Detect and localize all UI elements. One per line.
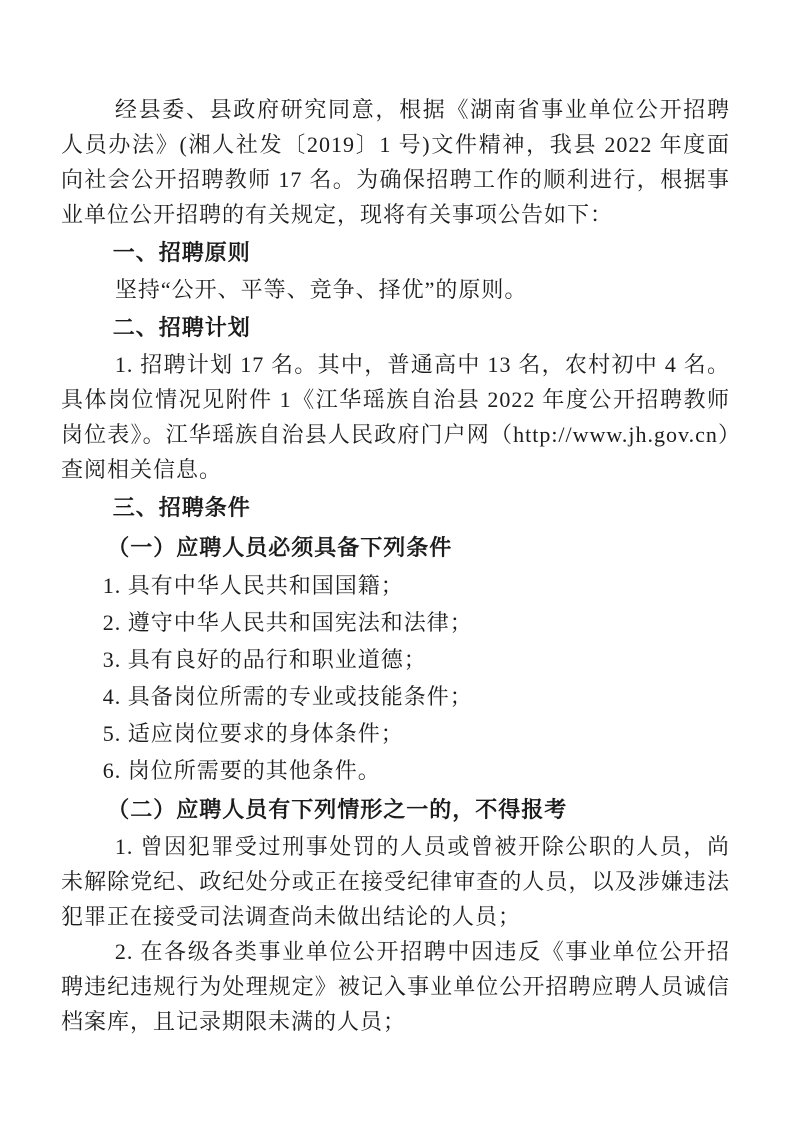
paragraph-intro: 经县委、县政府研究同意，根据《湖南省事业单位公开招聘人员办法》(湘人社发〔201… [61,92,730,232]
paragraph-plan: 1. 招聘计划 17 名。其中，普通高中 13 名，农村初中 4 名。具体岗位情… [61,347,730,487]
section-heading-3-conditions: 三、招聘条件 [61,487,730,527]
condition-item-4: 4. 具备岗位所需的专业或技能条件； [61,678,730,715]
document-page: 经县委、县政府研究同意，根据《湖南省事业单位公开招聘人员办法》(湘人社发〔201… [0,0,793,1122]
paragraph-principle: 坚持“公开、平等、竞争、择优”的原则。 [61,272,730,307]
section-heading-2-plan: 二、招聘计划 [61,307,730,347]
section-heading-1-principle: 一、招聘原则 [61,232,730,272]
condition-item-6: 6. 岗位所需要的其他条件。 [61,752,730,789]
condition-item-3: 3. 具有良好的品行和职业道德； [61,641,730,678]
disqualification-item-2: 2. 在各级各类事业单位公开招聘中因违反《事业单位公开招聘违纪违规行为处理规定》… [61,934,730,1039]
disqualification-item-1: 1. 曾因犯罪受过刑事处罚的人员或曾被开除公职的人员，尚未解除党纪、政纪处分或正… [61,829,730,934]
condition-item-2: 2. 遵守中华人民共和国宪法和法律； [61,604,730,641]
condition-item-5: 5. 适应岗位要求的身体条件； [61,715,730,752]
condition-item-1: 1. 具有中华人民共和国国籍； [61,567,730,604]
subsection-heading-required-conditions: （一）应聘人员必须具备下列条件 [61,527,730,567]
subsection-heading-disqualifications: （二）应聘人员有下列情形之一的，不得报考 [61,789,730,829]
